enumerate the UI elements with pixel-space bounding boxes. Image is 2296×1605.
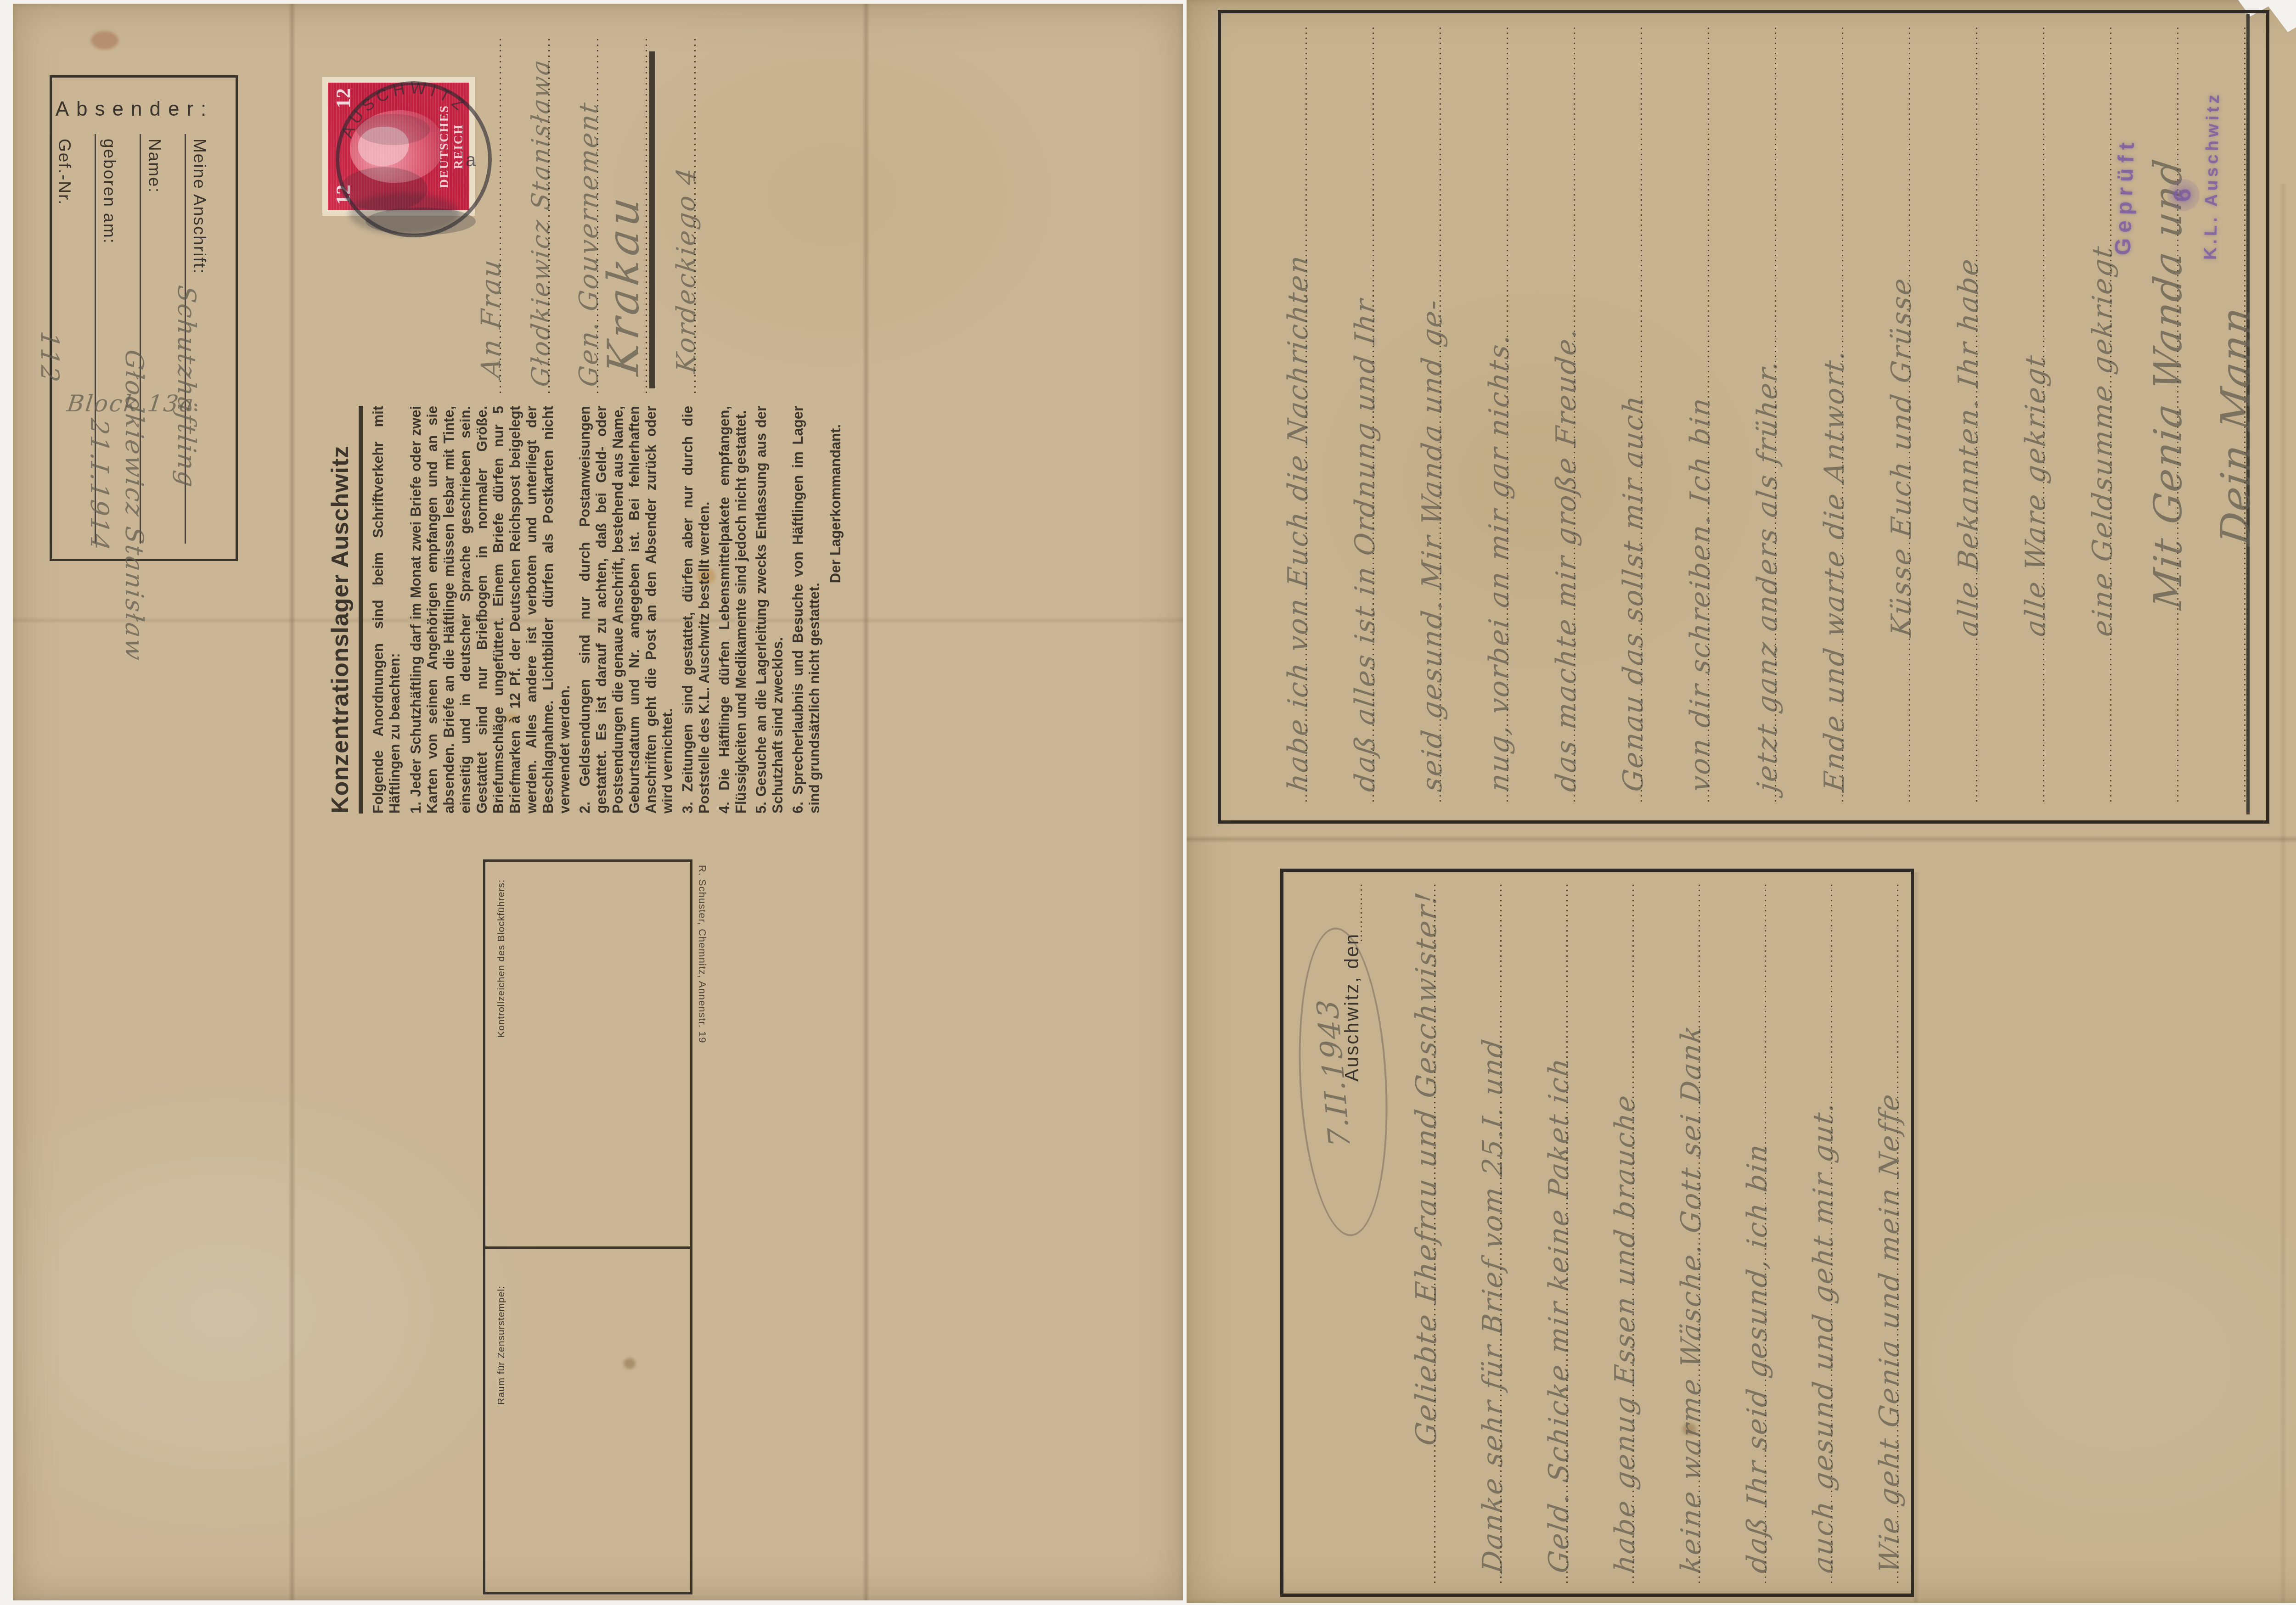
sender-field-row: Meine Anschrift: Schutzhäftling	[185, 134, 230, 544]
regulations-item: 4. Die Häftlinge dürfen Lebensmittelpake…	[716, 406, 749, 814]
letter-line: Küsse Euch und Grüsse	[1843, 21, 1910, 802]
letter-page-first-content: Auschwitz, den 7.II.1943 Geliebte Ehefra…	[1303, 879, 1900, 1583]
fold-crease	[2279, 184, 2287, 1602]
letter-line: nug, vorbei an mir gar nichts.	[1441, 21, 1508, 802]
letter-handwriting: Dein Mann	[2212, 303, 2259, 547]
printer-imprint: R. Schuster, Chemnitz, Annenstr. 19	[692, 865, 708, 1023]
letter-line: Ende und warte die Antwort.	[1776, 21, 1843, 802]
letter-page-first-lines: Geliebte Ehefrau und Geschwister! Danke …	[1369, 879, 1898, 1583]
scanned-letter-document: Absender: Meine Anschrift: Schutzhäftlin…	[0, 0, 2296, 1605]
letter-line: Geld. Schicke mir keine Paket ich	[1502, 879, 1568, 1583]
address-line: Krakau	[598, 24, 647, 393]
letter-line: Genau das sollst mir auch	[1575, 21, 1642, 802]
paper-stain	[91, 31, 118, 50]
address-line: Głodkiewicz Stanisława	[501, 24, 550, 393]
sender-field-row: Name: Głodkiewicz Stanisław	[140, 134, 185, 544]
letter-line: von dir schreiben. Ich bin	[1642, 21, 1709, 802]
regulations-items: 1. Jeder Schutzhäftling darf im Monat zw…	[408, 406, 823, 814]
censor-stamp-box-label: Raum für Zensurstempel:	[496, 1285, 512, 1405]
sender-field-row: Gef.-Nr. 112	[50, 134, 95, 544]
letter-line: alle Bekannten. Ihr habe	[1910, 21, 1977, 802]
address-line: Kordeckiego 4	[647, 24, 696, 393]
sender-fields: Meine Anschrift: Schutzhäftling Name: Gł…	[54, 134, 230, 544]
address-block: An Frau Głodkiewicz Stanisława Gen. Gouv…	[452, 24, 697, 393]
sender-field-label: Meine Anschrift:	[190, 139, 209, 274]
letter-line: habe ich von Euch die Nachrichten	[1240, 21, 1307, 802]
fold-crease	[1187, 836, 2296, 843]
sender-field-row: geboren am: 21.I.1914	[95, 134, 140, 544]
regulations-item: 3. Zeitungen sind gestattet, dürfen aber…	[680, 406, 713, 814]
regulations-title: Konzentrationslager Auschwitz	[326, 406, 363, 814]
letter-page-last-lines: habe ich von Euch die Nachrichten daß al…	[1240, 21, 2248, 802]
regulations-item: 5. Gesuche an die Lagerleitung zwecks En…	[753, 406, 786, 814]
blockfuehrer-box	[483, 859, 692, 1249]
sender-field-label: geboren am:	[100, 139, 119, 244]
regulations-signoff: Der Lagerkommandant.	[827, 406, 844, 814]
letter-line: seid gesund. Mir Wanda und ge-	[1374, 21, 1441, 802]
address-line: Gen. Gouvernement	[550, 24, 598, 393]
sender-field-label: Name:	[145, 139, 164, 193]
regulations-intro: Folgende Anordnungen sind beim Schriftve…	[370, 406, 403, 814]
postmark-smudge	[349, 193, 459, 234]
letter-line: Danke sehr für Brief vom 25.I. und	[1435, 879, 1502, 1583]
sender-field-value-pencil: 112	[35, 330, 64, 385]
letter-line: Dein Mann	[2178, 21, 2245, 802]
letter-line: Mit Genia Wanda und	[2111, 21, 2178, 802]
letter-line: daß Ihr seid gesund, ich bin	[1700, 879, 1766, 1583]
sender-field-label: Gef.-Nr.	[55, 139, 74, 206]
fold-crease	[862, 4, 870, 1600]
regulations-item: 1. Jeder Schutzhäftling darf im Monat zw…	[408, 406, 573, 814]
sender-extra-pencil-note: Block 13a	[64, 390, 257, 429]
dateline-dotted-leader	[1361, 881, 1362, 941]
regulations-item: 2. Geldsendungen sind nur durch Postanwe…	[577, 406, 676, 814]
letter-line: eine Geldsumme gekriegt	[2044, 21, 2111, 802]
letter-line: habe genug Essen und brauche	[1568, 879, 1634, 1583]
letter-line: keine warme Wäsche. Gott sei Dank	[1634, 879, 1700, 1583]
letter-line: jetzt ganz anders als früher.	[1709, 21, 1776, 802]
absender-label: Absender:	[47, 98, 222, 121]
fold-crease	[288, 4, 296, 1600]
letter-line: daß alles ist in Ordnung und Ihr	[1307, 21, 1374, 802]
address-line: An Frau	[452, 24, 501, 393]
censor-stamp-box	[483, 1244, 692, 1594]
blockfuehrer-box-label: Kontrollzeichen des Blockführers:	[496, 900, 512, 1038]
letter-line: alle Ware gekriegt	[1977, 21, 2044, 802]
letter-line: auch gesund und geht mir gut.	[1766, 879, 1832, 1583]
camp-regulations: Konzentrationslager Auschwitz Folgende A…	[324, 403, 857, 816]
dateline-row: Auschwitz, den 7.II.1943	[1303, 879, 1369, 1583]
address-handwriting: Krakau	[599, 191, 649, 378]
letter-line: das machte mir große Freude.	[1508, 21, 1575, 802]
letter-line: Geliebte Ehefrau und Geschwister!	[1369, 879, 1435, 1583]
letter-line: Wie geht Genia und mein Neffe	[1832, 879, 1898, 1583]
address-handwriting: Kordeckiego 4	[671, 165, 701, 375]
regulations-item: 6. Sprecherlaubnis und Besuche von Häftl…	[790, 406, 823, 814]
letter-handwriting: Wie geht Genia und mein Neffe	[1874, 1091, 1906, 1575]
